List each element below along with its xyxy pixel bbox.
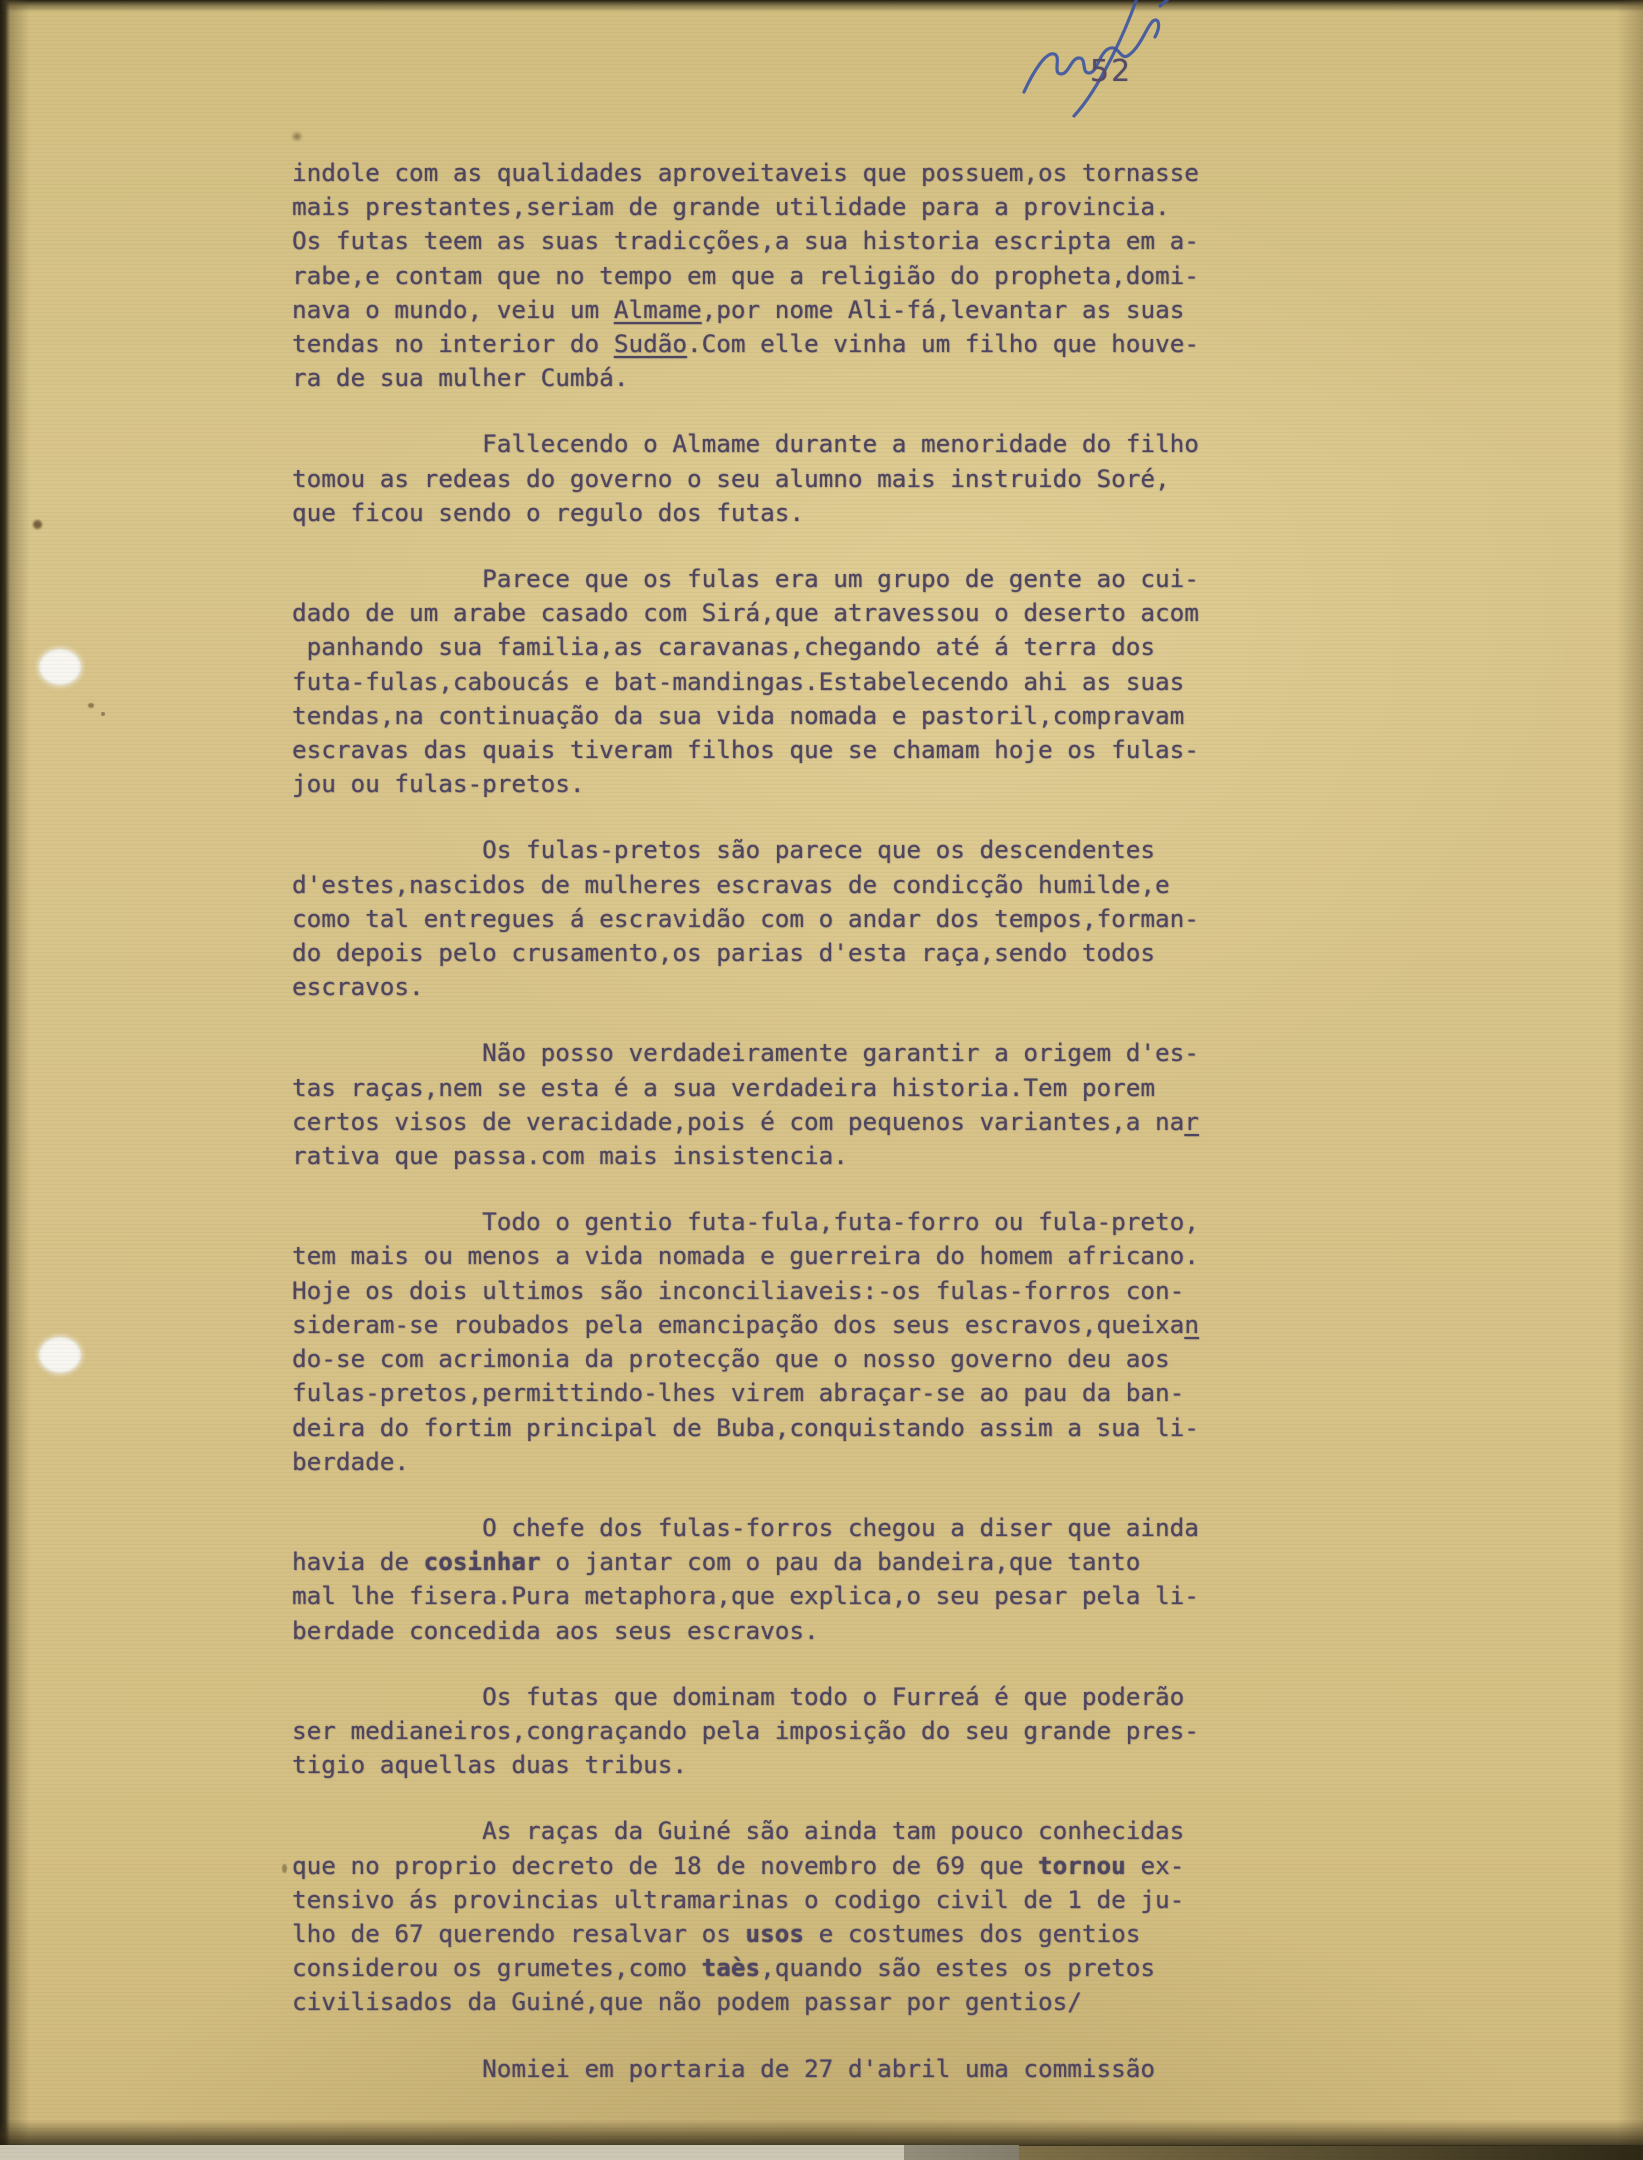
hole-punch-top: [39, 649, 81, 685]
text-line: do depois pelo crusamento,os parias d'es…: [292, 936, 1222, 970]
paper-speck: [282, 1864, 287, 1873]
scan-edge-bottom-shadow: [0, 2120, 1643, 2146]
paragraph: Fallecendo o Almame durante a menoridade…: [292, 427, 1222, 530]
text-line: havia de cosinhar o jantar com o pau da …: [292, 1545, 1222, 1579]
text-line: tomou as redeas do governo o seu alumno …: [292, 462, 1222, 496]
text-line: tendas no interior do Sudão.Com elle vin…: [292, 327, 1222, 361]
text-line: tigio aquellas duas tribus.: [292, 1748, 1222, 1782]
paragraph: indole com as qualidades aproveitaveis q…: [292, 156, 1222, 395]
paper-speck: [33, 520, 42, 529]
text-line: certos visos de veracidade,pois é com pe…: [292, 1105, 1222, 1139]
text-line: lho de 67 querendo resalvar os usos e co…: [292, 1917, 1222, 1951]
scan-edge-right: [1617, 0, 1643, 2160]
document-page: 52 indole com as qualidades aproveitavei…: [0, 0, 1643, 2160]
paragraph: Nomiei em portaria de 27 d'abril uma com…: [292, 2052, 1222, 2086]
scan-edge-bottom-light: [0, 2145, 1019, 2160]
paper-speck: [88, 703, 94, 708]
hole-punch-bottom: [39, 1337, 81, 1373]
text-line: Os futas que dominam todo o Furreá é que…: [292, 1680, 1222, 1714]
text-line: panhando sua familia,as caravanas,chegan…: [292, 630, 1222, 664]
text-line: futa-fulas,caboucás e bat-mandingas.Esta…: [292, 665, 1222, 699]
text-line: considerou os grumetes,como taès,quando …: [292, 1951, 1222, 1985]
paper-speck: [101, 712, 105, 716]
text-line: berdade.: [292, 1445, 1222, 1479]
scan-edge-top: [0, 0, 1643, 12]
text-line: fulas-pretos,permittindo-lhes virem abra…: [292, 1376, 1222, 1410]
text-line: Todo o gentio futa-fula,futa-forro ou fu…: [292, 1205, 1222, 1239]
typewritten-text: indole com as qualidades aproveitaveis q…: [292, 156, 1222, 2118]
text-line: mais prestantes,seriam de grande utilida…: [292, 190, 1222, 224]
paragraph: Parece que os fulas era um grupo de gent…: [292, 562, 1222, 801]
text-line: escravas das quais tiveram filhos que se…: [292, 733, 1222, 767]
text-line: nava o mundo, veiu um Almame,por nome Al…: [292, 293, 1222, 327]
scan-edge-left: [0, 0, 30, 2160]
text-line: civilisados da Guiné,que não podem passa…: [292, 1985, 1222, 2019]
text-line: escravos.: [292, 970, 1222, 1004]
paragraph: O chefe dos fulas-forros chegou a diser …: [292, 1511, 1222, 1648]
text-line: mal lhe fisera.Pura metaphora,que explic…: [292, 1579, 1222, 1613]
text-line: tem mais ou menos a vida nomada e guerre…: [292, 1239, 1222, 1273]
text-line: dado de um arabe casado com Sirá,que atr…: [292, 596, 1222, 630]
paragraph: Todo o gentio futa-fula,futa-forro ou fu…: [292, 1205, 1222, 1479]
text-line: que ficou sendo o regulo dos futas.: [292, 496, 1222, 530]
text-line: do-se com acrimonia da protecção que o n…: [292, 1342, 1222, 1376]
paragraph: Não posso verdadeiramente garantir a ori…: [292, 1036, 1222, 1173]
text-line: Nomiei em portaria de 27 d'abril uma com…: [292, 2052, 1222, 2086]
text-line: tensivo ás provincias ultramarinas o cod…: [292, 1883, 1222, 1917]
paper-speck: [293, 133, 301, 140]
text-line: sideram-se roubados pela emancipação dos…: [292, 1308, 1222, 1342]
text-line: ra de sua mulher Cumbá.: [292, 361, 1222, 395]
text-line: tas raças,nem se esta é a sua verdadeira…: [292, 1071, 1222, 1105]
text-line: jou ou fulas-pretos.: [292, 767, 1222, 801]
text-line: deira do fortim principal de Buba,conqui…: [292, 1411, 1222, 1445]
text-line: As raças da Guiné são ainda tam pouco co…: [292, 1814, 1222, 1848]
text-line: ser medianeiros,congraçando pela imposiç…: [292, 1714, 1222, 1748]
paragraph: Os fulas-pretos são parece que os descen…: [292, 833, 1222, 1004]
page-number: 52: [1090, 54, 1132, 89]
text-line: berdade concedida aos seus escravos.: [292, 1614, 1222, 1648]
text-line: rativa que passa.com mais insistencia.: [292, 1139, 1222, 1173]
text-line: Os fulas-pretos são parece que os descen…: [292, 833, 1222, 867]
text-line: rabe,e contam que no tempo em que a reli…: [292, 259, 1222, 293]
paragraph: Os futas que dominam todo o Furreá é que…: [292, 1680, 1222, 1783]
text-line: Fallecendo o Almame durante a menoridade…: [292, 427, 1222, 461]
text-line: d'estes,nascidos de mulheres escravas de…: [292, 868, 1222, 902]
text-line: como tal entregues á escravidão com o an…: [292, 902, 1222, 936]
text-line: Não posso verdadeiramente garantir a ori…: [292, 1036, 1222, 1070]
scan-edge-bottom-corner: [904, 2145, 1643, 2160]
text-line: Parece que os fulas era um grupo de gent…: [292, 562, 1222, 596]
paragraph: As raças da Guiné são ainda tam pouco co…: [292, 1814, 1222, 2019]
text-line: Os futas teem as suas tradicções,a sua h…: [292, 224, 1222, 258]
text-line: que no proprio decreto de 18 de novembro…: [292, 1849, 1222, 1883]
text-line: Hoje os dois ultimos são inconciliaveis:…: [292, 1274, 1222, 1308]
text-line: indole com as qualidades aproveitaveis q…: [292, 156, 1222, 190]
text-line: tendas,na continuação da sua vida nomada…: [292, 699, 1222, 733]
text-line: O chefe dos fulas-forros chegou a diser …: [292, 1511, 1222, 1545]
